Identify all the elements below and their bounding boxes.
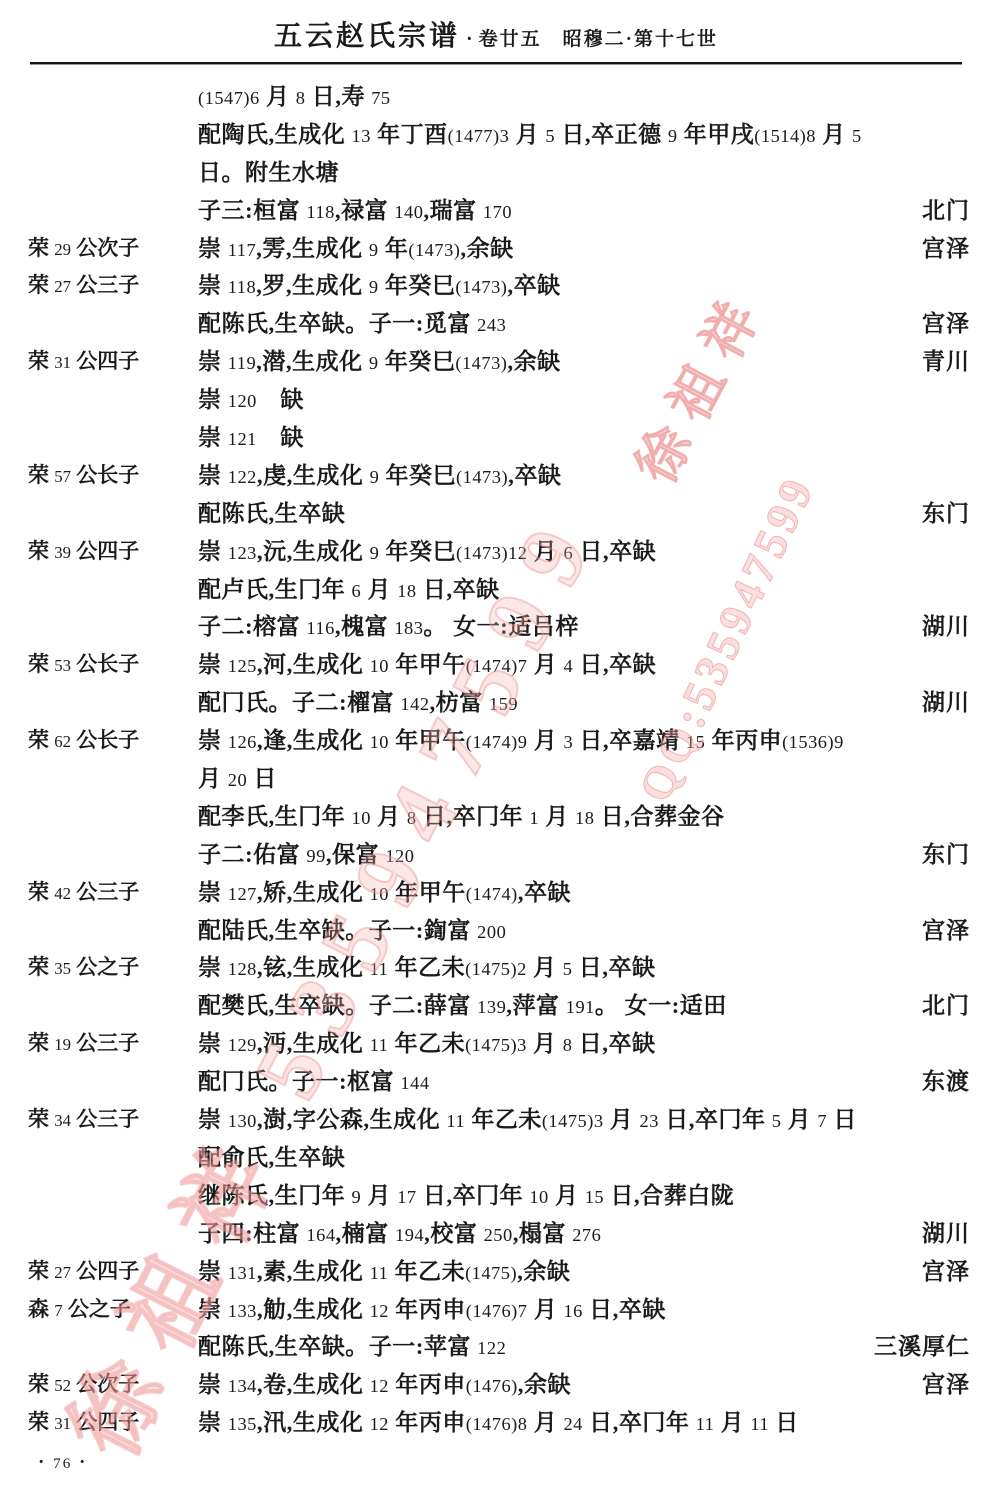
table-row: 子三:桓富 118,禄富 140,瑞富 170北门 [0, 192, 992, 230]
table-row: 荣 31 公四子崇 119,潜,生成化 9 年癸巳(1473),余缺青川 [0, 343, 992, 381]
row-label: 荣 35 公之子 [28, 949, 139, 988]
table-row: 荣 19 公三子崇 129,沔,生成化 11 年乙未(1475)3 月 8 日,… [0, 1025, 992, 1063]
row-text: 继陈氏,生冂年 9 月 17 日,卒冂年 10 月 15 日,合葬白陇 [198, 1177, 734, 1217]
table-row: 继陈氏,生冂年 9 月 17 日,卒冂年 10 月 15 日,合葬白陇 [0, 1177, 992, 1215]
row-label: 荣 52 公次子 [28, 1366, 139, 1405]
row-text: 配陈氏,生卒缺 [198, 495, 345, 533]
table-row: 子二:佑富 99,保富 120东门 [0, 836, 992, 874]
row-place: 三溪厚仁 [874, 1328, 970, 1366]
row-text: 子三:桓富 118,禄富 140,瑞富 170 [198, 192, 512, 232]
table-row: 月 20 日 [0, 760, 992, 798]
table-row: 子二:榕富 116,槐富 183。 女一:适吕梓湖川 [0, 608, 992, 646]
row-text: 崇 121 缺 [198, 419, 304, 459]
row-place: 湖川 [922, 684, 970, 722]
row-text: 崇 119,潜,生成化 9 年癸巳(1473),余缺 [198, 343, 561, 383]
page-number: · 76 · [38, 1452, 87, 1474]
row-label: 荣 42 公三子 [28, 874, 139, 913]
row-place: 湖川 [922, 608, 970, 646]
row-text: 崇 117,雱,生成化 9 年(1473),余缺 [198, 230, 514, 270]
row-text: 子二:榕富 116,槐富 183。 女一:适吕梓 [198, 608, 579, 648]
row-place: 北门 [922, 987, 970, 1025]
row-place: 东门 [922, 836, 970, 874]
row-text: 配陆氏,生卒缺。子一:鍧富 200 [198, 912, 506, 952]
row-label: 荣 19 公三子 [28, 1025, 139, 1064]
row-text: 配俞氏,生卒缺 [198, 1139, 345, 1177]
row-label: 荣 27 公三子 [28, 267, 139, 306]
row-text: 崇 128,铉,生成化 11 年乙未(1475)2 月 5 日,卒缺 [198, 949, 656, 989]
row-text: 子二:佑富 99,保富 120 [198, 836, 414, 876]
table-row: 配冂氏。子二:櫂富 142,枋富 159湖川 [0, 684, 992, 722]
row-label: 森 7 公之子 [28, 1291, 131, 1330]
table-row: 崇 120 缺 [0, 381, 992, 419]
row-place: 宫泽 [922, 1253, 970, 1291]
table-row: 荣 52 公次子崇 134,卷,生成化 12 年丙申(1476),余缺宫泽 [0, 1366, 992, 1404]
header-rule [30, 62, 962, 65]
volume-subtitle: 卷廿五 昭穆二·第十七世 [479, 29, 718, 50]
genealogy-page: 徐祖祥 535947599 徐祖祥 QQ:535947599 五云赵氏宗谱·卷廿… [0, 0, 992, 1512]
row-text: 崇 129,沔,生成化 11 年乙未(1475)3 月 8 日,卒缺 [198, 1025, 656, 1065]
row-text: 崇 127,矫,生成化 10 年甲午(1474),卒缺 [198, 874, 571, 914]
row-label: 荣 27 公四子 [28, 1253, 139, 1292]
row-label: 荣 39 公四子 [28, 533, 139, 572]
row-text: 配樊氏,生卒缺。子二:薛富 139,萍富 191。 女一:适田 [198, 987, 727, 1027]
table-row: 配卢氏,生冂年 6 月 18 日,卒缺 [0, 571, 992, 609]
row-place: 宫泽 [922, 305, 970, 343]
row-place: 宫泽 [922, 912, 970, 950]
row-place: 宫泽 [922, 1366, 970, 1404]
row-text: 崇 135,汛,生成化 12 年丙申(1476)8 月 24 日,卒冂年 11 … [198, 1404, 799, 1444]
row-label: 荣 34 公三子 [28, 1101, 139, 1140]
table-row: 子四:柱富 164,楠富 194,校富 250,榻富 276湖川 [0, 1215, 992, 1253]
table-row: 配陈氏,生卒缺东门 [0, 495, 992, 533]
table-row: (1547)6 月 8 日,寿 75 [0, 78, 992, 116]
genealogy-rows: (1547)6 月 8 日,寿 75配陶氏,生成化 13 年丁酉(1477)3 … [0, 78, 992, 1442]
table-row: 崇 121 缺 [0, 419, 992, 457]
row-text: 崇 126,逢,生成化 10 年甲午(1474)9 月 3 日,卒嘉靖 15 年… [198, 722, 844, 762]
table-row: 配冂氏。子一:枢富 144东渡 [0, 1063, 992, 1101]
row-text: 月 20 日 [198, 760, 277, 800]
table-row: 配陈氏,生卒缺。子一:苹富 122三溪厚仁 [0, 1328, 992, 1366]
table-row: 配陆氏,生卒缺。子一:鍧富 200宫泽 [0, 912, 992, 950]
row-label: 荣 29 公次子 [28, 230, 139, 269]
table-row: 配陶氏,生成化 13 年丁酉(1477)3 月 5 日,卒正德 9 年甲戌(15… [0, 116, 992, 154]
row-text: 子四:柱富 164,楠富 194,校富 250,榻富 276 [198, 1215, 601, 1255]
book-title: 五云赵氏宗谱 [274, 21, 460, 52]
row-label: 荣 57 公长子 [28, 457, 139, 496]
row-place: 宫泽 [922, 230, 970, 268]
table-row: 配俞氏,生卒缺 [0, 1139, 992, 1177]
row-place: 东门 [922, 495, 970, 533]
row-text: 崇 125,河,生成化 10 年甲午(1474)7 月 4 日,卒缺 [198, 646, 656, 686]
table-row: 荣 53 公长子崇 125,河,生成化 10 年甲午(1474)7 月 4 日,… [0, 646, 992, 684]
table-row: 配陈氏,生卒缺。子一:觅富 243宫泽 [0, 305, 992, 343]
table-row: 荣 39 公四子崇 123,沅,生成化 9 年癸巳(1473)12 月 6 日,… [0, 533, 992, 571]
row-text: 配冂氏。子二:櫂富 142,枋富 159 [198, 684, 518, 724]
table-row: 荣 62 公长子崇 126,逢,生成化 10 年甲午(1474)9 月 3 日,… [0, 722, 992, 760]
row-place: 东渡 [922, 1063, 970, 1101]
row-text: 配陈氏,生卒缺。子一:苹富 122 [198, 1328, 506, 1368]
page-header: 五云赵氏宗谱·卷廿五 昭穆二·第十七世 [0, 0, 992, 54]
title-separator: · [466, 28, 473, 50]
table-row: 荣 42 公三子崇 127,矫,生成化 10 年甲午(1474),卒缺 [0, 874, 992, 912]
row-text: 配卢氏,生冂年 6 月 18 日,卒缺 [198, 571, 500, 611]
row-label: 荣 62 公长子 [28, 722, 139, 761]
row-place: 青川 [922, 343, 970, 381]
row-text: 崇 134,卷,生成化 12 年丙申(1476),余缺 [198, 1366, 571, 1406]
table-row: 荣 57 公长子崇 122,虔,生成化 9 年癸巳(1473),卒缺 [0, 457, 992, 495]
row-text: 配陶氏,生成化 13 年丁酉(1477)3 月 5 日,卒正德 9 年甲戌(15… [198, 116, 862, 156]
row-text: 配冂氏。子一:枢富 144 [198, 1063, 430, 1103]
table-row: 配李氏,生冂年 10 月 8 日,卒冂年 1 月 18 日,合葬金谷 [0, 798, 992, 836]
row-text: 配陈氏,生卒缺。子一:觅富 243 [198, 305, 506, 345]
table-row: 荣 35 公之子崇 128,铉,生成化 11 年乙未(1475)2 月 5 日,… [0, 949, 992, 987]
row-text: 崇 123,沅,生成化 9 年癸巳(1473)12 月 6 日,卒缺 [198, 533, 656, 573]
table-row: 荣 27 公三子崇 118,罗,生成化 9 年癸巳(1473),卒缺 [0, 267, 992, 305]
row-text: 崇 122,虔,生成化 9 年癸巳(1473),卒缺 [198, 457, 561, 497]
table-row: 荣 31 公四子崇 135,汛,生成化 12 年丙申(1476)8 月 24 日… [0, 1404, 992, 1442]
row-text: 崇 130,澍,字公森,生成化 11 年乙未(1475)3 月 23 日,卒冂年… [198, 1101, 857, 1141]
table-row: 荣 27 公四子崇 131,素,生成化 11 年乙未(1475),余缺宫泽 [0, 1253, 992, 1291]
table-row: 荣 34 公三子崇 130,澍,字公森,生成化 11 年乙未(1475)3 月 … [0, 1101, 992, 1139]
row-text: 崇 120 缺 [198, 381, 304, 421]
row-text: 日。附生水塘 [198, 154, 339, 192]
table-row: 配樊氏,生卒缺。子二:薛富 139,萍富 191。 女一:适田北门 [0, 987, 992, 1025]
row-place: 湖川 [922, 1215, 970, 1253]
row-label: 荣 31 公四子 [28, 1404, 139, 1443]
row-place: 北门 [922, 192, 970, 230]
row-text: 配李氏,生冂年 10 月 8 日,卒冂年 1 月 18 日,合葬金谷 [198, 798, 724, 838]
row-label: 荣 53 公长子 [28, 646, 139, 685]
row-text: (1547)6 月 8 日,寿 75 [198, 78, 391, 118]
table-row: 日。附生水塘 [0, 154, 992, 192]
row-label: 荣 31 公四子 [28, 343, 139, 382]
table-row: 森 7 公之子崇 133,觔,生成化 12 年丙申(1476)7 月 16 日,… [0, 1291, 992, 1329]
row-text: 崇 118,罗,生成化 9 年癸巳(1473),卒缺 [198, 267, 561, 307]
row-text: 崇 133,觔,生成化 12 年丙申(1476)7 月 16 日,卒缺 [198, 1291, 666, 1331]
table-row: 荣 29 公次子崇 117,雱,生成化 9 年(1473),余缺宫泽 [0, 230, 992, 268]
row-text: 崇 131,素,生成化 11 年乙未(1475),余缺 [198, 1253, 570, 1293]
